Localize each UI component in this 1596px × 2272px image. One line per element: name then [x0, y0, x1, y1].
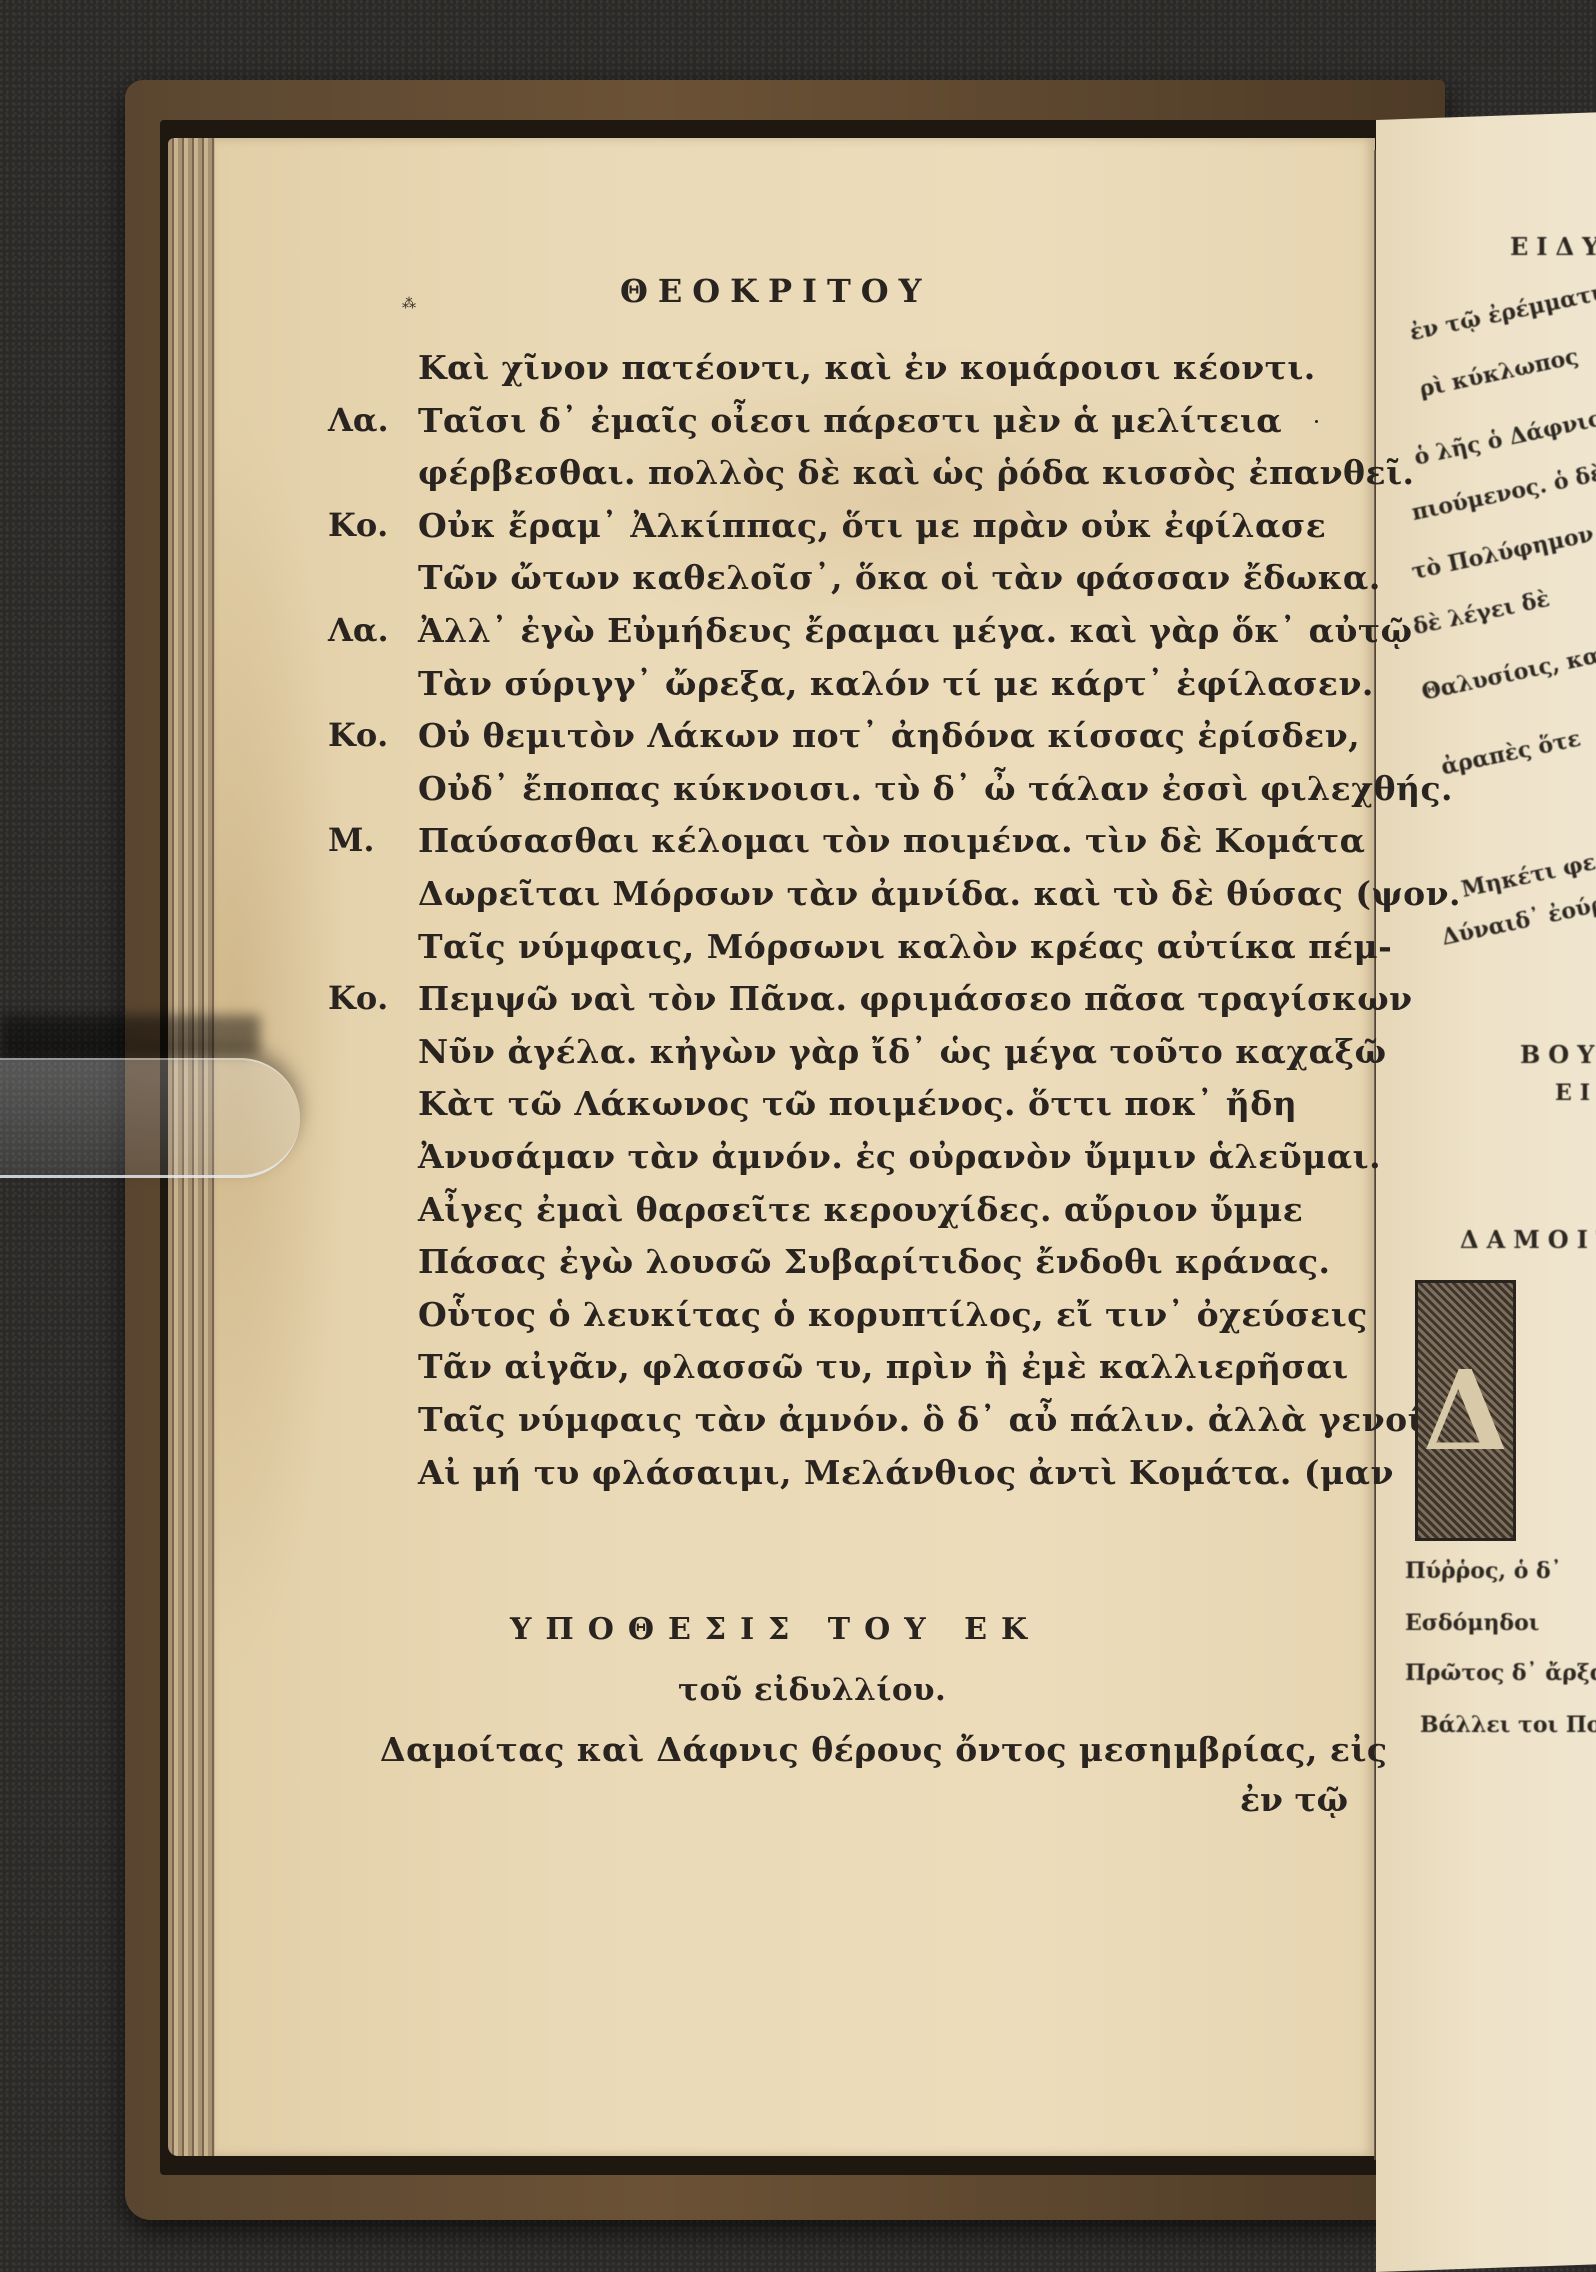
verse-line: Ἀλλ᾽ ἐγὼ Εὐμήδευς ἔραμαι μέγα. καὶ γὰρ ὅ… [418, 611, 1413, 650]
right-section-head: ΒΟΥΚΟ [1520, 1040, 1596, 1069]
verse-line: Οὐκ ἔραμ᾽ Ἀλκίππας, ὅτι με πρὰν οὐκ ἐφίλ… [418, 506, 1326, 545]
running-head: ΘΕΟΚΡΙΤΟΥ [620, 272, 932, 310]
verse-line: Οὐδ᾽ ἔποπας κύκνοισι. τὺ δ᾽ ὦ τάλαν ἐσσὶ… [418, 769, 1453, 808]
verse-line: Δωρεῖται Μόρσων τὰν ἀμνίδα. καὶ τὺ δὲ θύ… [418, 874, 1461, 913]
speaker-label: Μ. [328, 821, 375, 859]
verse-line: Ταῖς νύμφαις, Μόρσωνι καλὸν κρέας αὐτίκα… [418, 927, 1392, 966]
verse-line: Τὰν σύριγγ᾽ ὤρεξα, καλόν τί με κάρτ᾽ ἐφί… [418, 664, 1374, 703]
verse-line: Ταῖσι δ᾽ ἐμαῖς οἶεσι πάρεστι μὲν ἁ μελίτ… [418, 401, 1282, 440]
speaker-label: Κο. [328, 506, 388, 544]
verse-line: Οὗτος ὁ λευκίτας ὁ κορυπτίλος, εἴ τιν᾽ ὀ… [418, 1295, 1368, 1334]
verse-line: φέρβεσθαι. πολλὸς δὲ καὶ ὡς ῥόδα κισσὸς … [418, 453, 1415, 492]
right-page-lower-line: Βάλλει τοι Πολύφαμε [1420, 1712, 1596, 1738]
verse-line: Πεμψῶ ναὶ τὸν Πᾶνα. φριμάσσεο πᾶσα τραγί… [418, 979, 1413, 1018]
verse-line: Τῶν ὤτων καθελοῖσ᾽, ὅκα οἱ τὰν φάσσαν ἔδ… [418, 558, 1381, 597]
right-page-lower-line: Πρῶτος δ᾽ ἄρξατο [1405, 1660, 1596, 1686]
glass-book-weight [0, 1058, 300, 1178]
verse-line: Αἶγες ἐμαὶ θαρσεῖτε κερουχίδες. αὔριον ὔ… [418, 1190, 1303, 1229]
speaker-label: Λα. [328, 611, 389, 649]
verse-line: Αἰ μή τυ φλάσαιμι, Μελάνθιος ἀντὶ Κομάτα… [418, 1453, 1394, 1492]
right-section-sub: ΕΙΔ [1555, 1080, 1596, 1106]
right-page-lower-line: Πύῤῥος, ὁ δ᾽ [1405, 1558, 1562, 1584]
verse-line: Κὰτ τῶ Λάκωνος τῶ ποιμένος. ὅττι ποκ᾽ ἤδ… [418, 1084, 1297, 1123]
verse-line: Οὐ θεμιτὸν Λάκων ποτ᾽ ἀηδόνα κίσσας ἐρίσ… [418, 716, 1360, 755]
weight-shadow [0, 1015, 260, 1055]
verse-line: Καὶ χῖνον πατέοντι, καὶ ἐν κομάροισι κέο… [418, 348, 1316, 387]
verse-line: Παύσασθαι κέλομαι τὸν ποιμένα. τὶν δὲ Κο… [418, 821, 1366, 860]
verse-line: Πάσας ἐγὼ λουσῶ Συβαρίτιδος ἔνδοθι κράνα… [418, 1242, 1331, 1281]
right-page-lower-line: Εσδόμηδοι [1405, 1610, 1539, 1636]
printer-ornament: ⁂ [402, 296, 416, 312]
section-heading: ΥΠΟΘΕΣΙΣ ΤΟΥ ΕΚ [510, 1612, 1041, 1647]
ink-speck [1300, 835, 1305, 840]
initial-letter: Δ [1423, 1346, 1508, 1475]
section-heading-sub: τοῦ εἰδυλλίου. [678, 1672, 946, 1708]
speaker-label: Κο. [328, 716, 388, 754]
verse-line: Ταῖς νύμφαις τὰν ἀμνόν. ὃ δ᾽ αὖ πάλιν. ἀ… [418, 1400, 1438, 1439]
verse-line: Νῦν ἀγέλα. κἠγὼν γὰρ ἴδ᾽ ὡς μέγα τοῦτο κ… [418, 1032, 1387, 1071]
catchword: ἐν τῷ [1240, 1780, 1348, 1819]
speaker-label: Κο. [328, 979, 388, 1017]
verse-line: Τᾶν αἰγᾶν, φλασσῶ τυ, πρὶν ἢ ἐμὲ καλλιερ… [418, 1347, 1349, 1386]
verse-line: Ἀνυσάμαν τὰν ἀμνόν. ἐς οὐρανὸν ὔμμιν ἁλε… [418, 1137, 1381, 1176]
decorated-initial: Δ [1415, 1280, 1516, 1541]
ink-speck [1315, 420, 1318, 423]
right-running-head: ΕΙΔΥΛ [1510, 232, 1596, 261]
right-section-head-2: ΔΑΜΟΙΤΑ [1460, 1225, 1596, 1254]
argument-line: Δαμοίτας καὶ Δάφνις θέρους ὄντος μεσημβρ… [380, 1730, 1388, 1769]
speaker-label: Λα. [328, 401, 389, 439]
